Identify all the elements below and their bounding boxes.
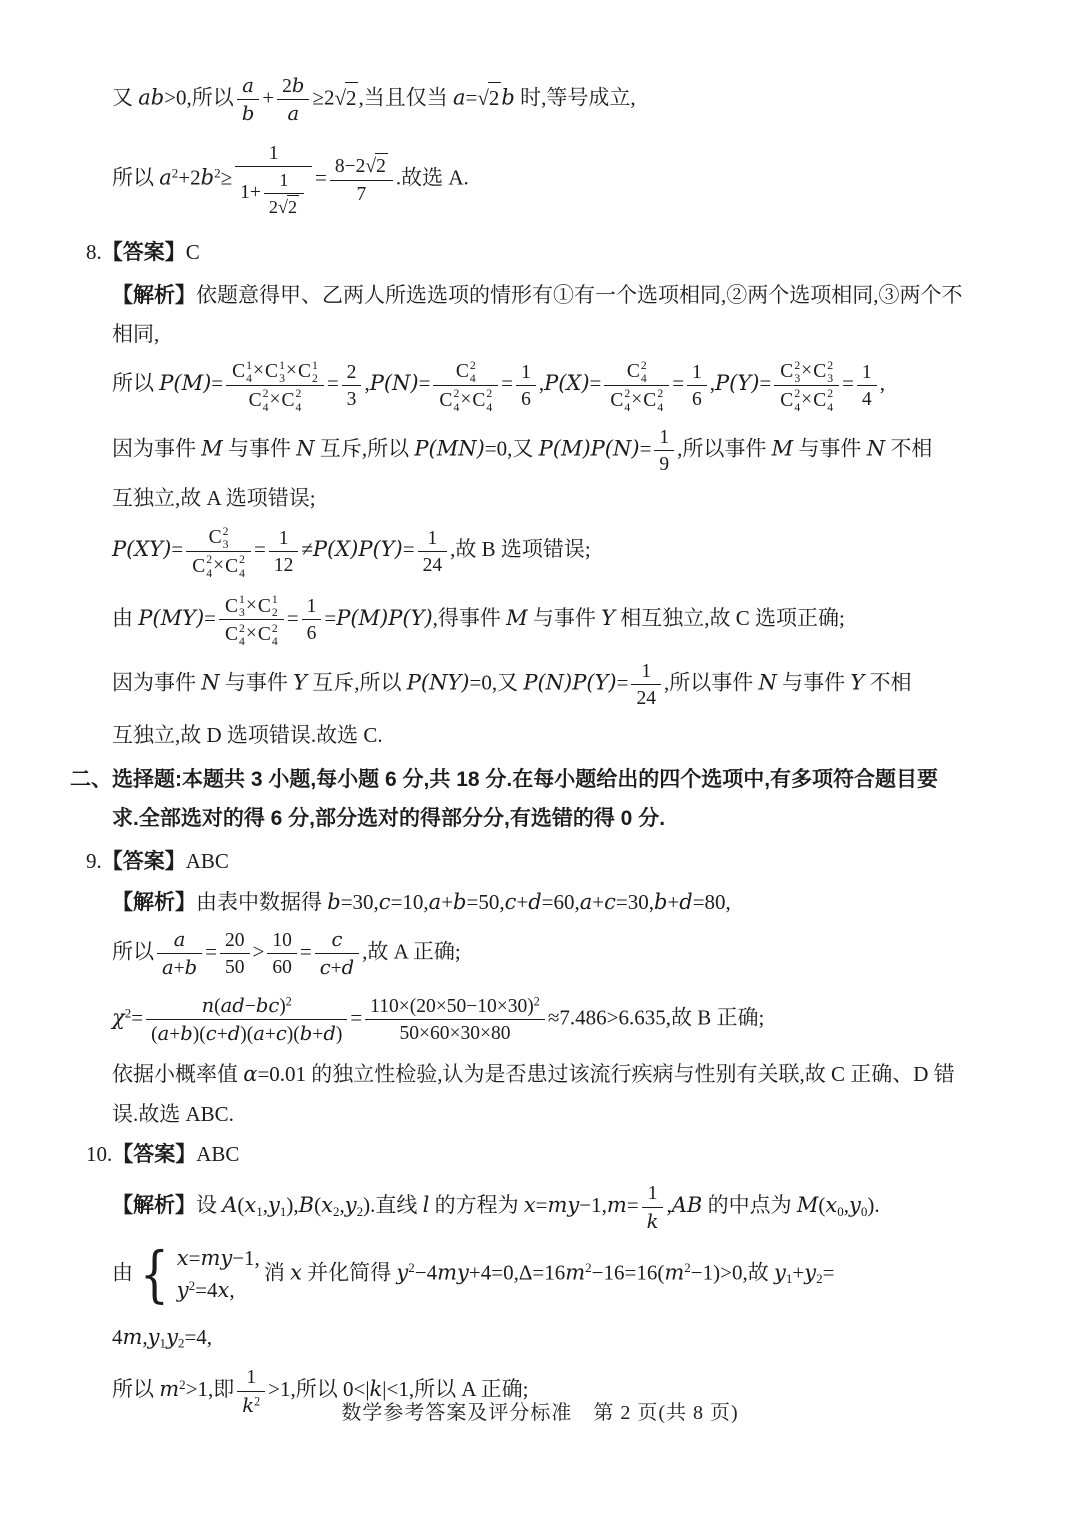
text-run: = <box>189 1246 201 1270</box>
text-run: ,所以事件 <box>677 436 772 460</box>
text-run: = <box>419 371 431 395</box>
combination-base: C <box>249 388 262 413</box>
fraction: 16 <box>516 359 536 413</box>
numerator: 1 <box>642 1180 664 1207</box>
q8-analysis-line-5: 互独立,故 A 选项错误; <box>0 483 1024 513</box>
text-run: = <box>672 371 684 395</box>
math-variable: d <box>342 956 355 979</box>
combination-base: C <box>192 554 205 579</box>
math-variable: x <box>217 1278 229 1302</box>
radicand: 2 <box>488 82 502 113</box>
text-run: × <box>213 555 224 576</box>
math-variable: y <box>774 1260 786 1284</box>
math-variable: m <box>664 1260 684 1284</box>
text-run: × <box>801 389 812 410</box>
math-variable: b <box>201 165 214 189</box>
text-run: 1 <box>246 1367 256 1388</box>
q10-analysis-line-1: 【解析】设 A(x1,y1),B(x2,y2).直线 l 的方程为 x=my−1… <box>0 1180 1024 1235</box>
numerator: C23 <box>186 523 251 552</box>
math-variable: ab <box>138 86 164 110</box>
text-run: ). <box>867 1194 879 1218</box>
upper-index: 2 <box>827 359 833 372</box>
math-variable: m <box>565 1260 585 1284</box>
binomial-coefficient: C24 <box>225 553 245 579</box>
radicand: 2 <box>375 153 388 179</box>
text-run: 依据小概率值 <box>112 1062 243 1086</box>
text-run: 50×60×30×80 <box>399 1023 510 1044</box>
square-root: √2 <box>477 82 501 113</box>
denominator: 9 <box>654 451 674 477</box>
text-run: 7 <box>357 184 367 205</box>
math-variable: y <box>166 1325 178 1349</box>
text-run: = <box>501 371 513 395</box>
math-variable: b <box>242 102 255 125</box>
q9-analysis-line-3: χ2=n(ad−bc)2(a+b)(c+d)(a+c)(b+d)=110×(20… <box>0 992 1024 1048</box>
text-run: 3 <box>347 389 357 410</box>
combination-base: C <box>209 525 222 550</box>
text-run: 与事件 <box>777 671 851 695</box>
q8-answer: 8.【答案】C <box>0 237 1024 268</box>
text-run: 1 <box>641 661 651 682</box>
upper-index: 2 <box>206 553 212 566</box>
numerator: a <box>157 926 202 954</box>
text-run: 1 <box>279 170 288 190</box>
q8-analysis-line-8: 因为事件 N 与事件 Y 互斥,所以 P(NY)=0,又 P(N)P(Y)=12… <box>0 658 1024 712</box>
q10-answer: 10.【答案】ABC <box>0 1139 1024 1170</box>
q10-analysis-line-3: 4m,y1y2=4, <box>0 1322 1024 1352</box>
radicand: 2 <box>345 82 359 113</box>
combination-scripts: 24 <box>624 387 630 413</box>
text-run: =50, <box>466 890 504 914</box>
text-run: 误.故选 ABC. <box>112 1102 234 1126</box>
text-run: +4=0,Δ=16 <box>469 1260 565 1284</box>
binomial-coefficient: C12 <box>258 593 278 619</box>
text-run: 2 <box>489 86 500 110</box>
text-run: 消 <box>264 1260 290 1284</box>
numerator: c <box>315 926 359 954</box>
combination-base: C <box>456 359 469 384</box>
math-variable: b <box>501 86 514 110</box>
denominator: 24 <box>418 552 448 578</box>
math-variable: c <box>505 890 517 914</box>
equation-system-brace: {x=my−1,y2=4x, <box>135 1243 260 1306</box>
math-variable: a <box>287 102 299 125</box>
math-variable: b <box>300 1022 313 1045</box>
math-variable: B <box>299 1194 314 1218</box>
text-run: 2 <box>346 86 357 110</box>
lower-index: 4 <box>794 401 800 414</box>
denominator: 50×60×30×80 <box>365 1020 545 1046</box>
numerator: 1 <box>654 424 674 451</box>
combination-scripts: 13 <box>279 359 285 385</box>
text-run: 2 <box>269 197 278 217</box>
fraction: 124 <box>418 525 448 579</box>
text-run: 2 <box>376 156 386 177</box>
binomial-coefficient: C24 <box>258 622 278 648</box>
text-run: 1 <box>862 362 872 383</box>
math-variable: y <box>148 1325 160 1349</box>
math-variable: ad <box>221 994 245 1017</box>
combination-scripts: 24 <box>470 359 476 385</box>
combination-scripts: 24 <box>486 387 492 413</box>
text-run: 10. <box>86 1142 112 1166</box>
math-variable: b <box>327 890 340 914</box>
text-run: = <box>466 86 478 110</box>
text-run: ,故 A 正确; <box>362 939 461 963</box>
math-variable: x <box>177 1246 189 1270</box>
numerator: 110×(20×50−10×30)2 <box>365 993 545 1020</box>
numerator: n(ad−bc)2 <box>146 992 347 1020</box>
denominator: k <box>642 1208 664 1235</box>
binomial-coefficient: C24 <box>813 387 833 413</box>
denominator: 4 <box>857 386 877 412</box>
math-variable: P(X)P(Y) <box>313 537 403 561</box>
text-run: = <box>300 939 312 963</box>
math-variable: d <box>228 1022 241 1045</box>
q7-solution-line-2: 所以 a2+2b2≥11+12√2=8−2√27.故选 A. <box>0 140 1024 220</box>
square-root: √2 <box>365 153 387 179</box>
text-run: 相同, <box>112 322 159 346</box>
text-run: ≈7.486>6.635,故 B 正确; <box>548 1005 764 1029</box>
numerator: 8−2√2 <box>330 152 393 180</box>
q8-analysis-line-7: 由 P(MY)=C13×C12C24×C24=16=P(M)P(Y),得事件 M… <box>0 592 1024 648</box>
text-run: ) <box>336 1024 343 1045</box>
text-run: 时,等号成立, <box>515 86 636 110</box>
text-run: × <box>253 360 264 381</box>
denominator: 24 <box>631 685 661 711</box>
fraction: 14 <box>857 359 877 413</box>
lower-index: 2 <box>312 372 318 385</box>
binomial-coefficient: C24 <box>627 359 647 385</box>
math-variable: P(M)P(Y) <box>336 606 432 630</box>
upper-index: 1 <box>272 593 278 606</box>
text-run: 1 <box>427 528 437 549</box>
q8-analysis-line-4: 因为事件 M 与事件 N 互斥,所以 P(MN)=0,又 P(M)P(N)=19… <box>0 424 1024 478</box>
math-variable: b <box>654 890 667 914</box>
math-variable: my <box>548 1194 580 1218</box>
math-variable: d <box>679 890 692 914</box>
math-variable: c <box>331 928 342 951</box>
text-run: 的中点为 <box>702 1194 797 1218</box>
text-run: = <box>315 165 327 189</box>
math-variable: AB <box>672 1194 703 1218</box>
numerator: 1 <box>302 593 322 620</box>
q9-analysis-line-2: 所以aa+b=2050>1060=cc+d,故 A 正确; <box>0 926 1024 982</box>
bold-label: 求.全部选对的得 6 分,部分选对的得部分分,有选错的得 0 分. <box>112 807 665 830</box>
math-variable: a <box>453 86 466 110</box>
numerator: 1 <box>235 140 312 167</box>
numerator: 2b <box>277 72 309 100</box>
numerator: a <box>237 72 260 100</box>
text-run: 不相 <box>864 671 911 695</box>
math-variable: d <box>323 1022 336 1045</box>
combination-base: C <box>610 388 623 413</box>
text-run: ).直线 <box>363 1194 423 1218</box>
left-brace: { <box>140 1246 169 1304</box>
combination-scripts: 24 <box>641 359 647 385</box>
binomial-coefficient: C24 <box>192 553 212 579</box>
text-run: = <box>640 436 652 460</box>
combination-scripts: 14 <box>246 359 252 385</box>
combination-scripts: 24 <box>453 387 459 413</box>
text-run: = <box>205 939 217 963</box>
fraction: 8−2√27 <box>330 152 393 207</box>
q9-answer: 9.【答案】ABC <box>0 846 1024 877</box>
combination-base: C <box>780 388 793 413</box>
combination-scripts: 23 <box>827 359 833 385</box>
content: 又 ab>0,所以ab+2ba≥2√2,当且仅当 a=√2b 时,等号成立,所以… <box>0 0 1080 1419</box>
text-run: × <box>631 389 642 410</box>
lower-index: 4 <box>263 401 269 414</box>
text-run: 1 <box>659 427 669 448</box>
text-run: 互独立,故 D 选项错误.故选 C. <box>112 723 383 747</box>
text-run: 2 <box>288 197 297 217</box>
text-run: = <box>590 371 602 395</box>
q9-analysis-line-5: 误.故选 ABC. <box>0 1099 1024 1129</box>
numerator: 1 <box>237 1364 265 1391</box>
text-run: + <box>169 1024 180 1045</box>
text-run: + <box>312 1024 323 1045</box>
text-run: 110×(20×50−10×30) <box>370 996 534 1017</box>
math-variable: Y <box>850 671 864 695</box>
math-variable: c <box>379 890 391 914</box>
q8-analysis-line-6: P(XY)=C23C24×C24=112≠P(X)P(Y)=124,故 B 选项… <box>0 523 1024 579</box>
binomial-coefficient: C24 <box>456 359 476 385</box>
text-run: −16=16( <box>592 1260 665 1284</box>
math-variable: M <box>201 436 223 460</box>
numerator: C13×C12 <box>219 592 284 621</box>
math-variable: M <box>772 436 794 460</box>
system-row: y2=4x, <box>177 1275 260 1307</box>
denominator: c+d <box>315 954 359 981</box>
text-run: 的方程为 <box>429 1194 524 1218</box>
denominator: C24×C24 <box>186 552 251 580</box>
numerator: 10 <box>267 927 297 954</box>
fraction: 2ba <box>277 72 309 128</box>
fraction: 23 <box>342 359 362 413</box>
text-run: 2 <box>347 362 357 383</box>
q8-analysis-line-2: 相同, <box>0 319 1024 349</box>
fraction: C23C24×C24 <box>186 523 251 579</box>
text-run: + <box>262 86 274 110</box>
denominator: C24×C24 <box>226 386 324 414</box>
math-variable: P(XY) <box>112 537 171 561</box>
text-run: .故选 A. <box>396 165 469 189</box>
combination-scripts: 24 <box>263 387 269 413</box>
combination-base: C <box>643 388 656 413</box>
fraction: 19 <box>654 424 674 478</box>
binomial-coefficient: C24 <box>225 622 245 648</box>
math-variable: x <box>290 1260 302 1284</box>
superscript: 2 <box>286 994 292 1008</box>
math-variable: P(MN) <box>414 436 484 460</box>
text-run: 9. <box>86 849 102 873</box>
numerator: 1 <box>687 359 707 386</box>
text-run: 与事件 <box>220 671 294 695</box>
text-run: + <box>174 958 185 979</box>
math-variable: a <box>429 890 442 914</box>
text-run: 与事件 <box>793 436 867 460</box>
text-run: × <box>246 623 257 644</box>
combination-scripts: 12 <box>312 359 318 385</box>
combination-base: C <box>225 594 238 619</box>
math-variable: P(N)P(Y) <box>523 671 616 695</box>
square-root: √2 <box>278 195 299 220</box>
lower-index: 3 <box>794 372 800 385</box>
math-variable: c <box>276 1022 287 1045</box>
text-run: ABC <box>196 1142 239 1166</box>
binomial-coefficient: C24 <box>439 387 459 413</box>
text-run: −1)>0,故 <box>691 1260 774 1284</box>
upper-index: 2 <box>239 622 245 635</box>
math-variable: Y <box>601 606 615 630</box>
bold-label: 二、选择题:本题共 3 小题,每小题 6 分,共 18 分.在每小题给出的四个选… <box>70 768 938 791</box>
upper-index: 1 <box>279 359 285 372</box>
text-run: 1 <box>307 596 317 617</box>
radicand: 2 <box>287 195 299 220</box>
math-variable: x <box>524 1194 536 1218</box>
text-run: −4 <box>415 1260 437 1284</box>
denominator: C24×C24 <box>433 386 498 414</box>
text-run: 并化简得 <box>302 1260 397 1284</box>
superscript: 2 <box>534 994 540 1008</box>
binomial-coefficient: C13 <box>225 593 245 619</box>
math-variable: a <box>158 1022 170 1045</box>
math-variable: c <box>604 890 616 914</box>
text-run: = <box>759 371 771 395</box>
upper-index: 2 <box>296 387 302 400</box>
text-run: = <box>403 537 415 561</box>
math-variable: M <box>797 1194 819 1218</box>
math-variable: a <box>253 1022 265 1045</box>
text-run: 60 <box>272 957 292 978</box>
denominator: C24×C24 <box>219 620 284 648</box>
text-run: × <box>460 389 471 410</box>
math-variable: y <box>268 1194 280 1218</box>
lower-index: 4 <box>657 401 663 414</box>
denominator: 12 <box>269 552 299 578</box>
text-run: 1 <box>521 362 531 383</box>
math-variable: P(M) <box>159 371 211 395</box>
math-variable: y <box>396 1260 408 1284</box>
fraction: 16 <box>687 359 707 413</box>
math-variable: b <box>292 74 305 97</box>
lower-index: 4 <box>206 567 212 580</box>
fraction: 1k <box>642 1180 664 1235</box>
combination-base: C <box>258 622 271 647</box>
lower-index: 4 <box>827 401 833 414</box>
text-run: = <box>204 606 216 630</box>
text-run: = <box>131 1005 143 1029</box>
binomial-coefficient: C24 <box>281 387 301 413</box>
q8-analysis-line-3: 所以 P(M)=C14×C13×C12C24×C24=23,P(N)=C24C2… <box>0 357 1024 413</box>
math-variable: P(NY) <box>407 671 470 695</box>
text-run: ,当且仅当 <box>358 86 453 110</box>
upper-index: 2 <box>470 359 476 372</box>
lower-index: 3 <box>279 372 285 385</box>
text-run: 8−2 <box>335 156 366 177</box>
text-run: 20 <box>225 930 245 951</box>
text-run: ,故 B 选项错误; <box>450 537 591 561</box>
bold-label: 【答案】 <box>102 850 186 873</box>
text-run: + <box>667 890 679 914</box>
math-variable: x <box>244 1194 256 1218</box>
text-run: 6 <box>521 389 531 410</box>
combination-base: C <box>813 359 826 384</box>
numerator: 1 <box>269 525 299 552</box>
math-variable: b <box>185 956 198 979</box>
lower-index: 4 <box>239 567 245 580</box>
text-run: + <box>331 958 342 979</box>
denominator: b <box>237 100 260 127</box>
upper-index: 2 <box>263 387 269 400</box>
combination-base: C <box>439 388 452 413</box>
denominator: 6 <box>516 386 536 412</box>
text-run: × <box>801 360 812 381</box>
combination-base: C <box>298 359 311 384</box>
numerator: 2 <box>342 359 362 386</box>
text-run: =0,又 <box>485 436 539 460</box>
text-run: > <box>253 939 265 963</box>
lower-index: 2 <box>272 606 278 619</box>
text-run: )( <box>193 1024 206 1045</box>
text-run: + <box>792 1260 804 1284</box>
denominator: 50 <box>220 954 250 980</box>
math-variable: d <box>528 890 541 914</box>
fraction: 124 <box>631 658 661 712</box>
text-run: 所以 <box>112 165 159 189</box>
lower-index: 3 <box>223 538 229 551</box>
numerator: C24 <box>433 357 498 386</box>
q8-analysis-line-9: 互独立,故 D 选项错误.故选 C. <box>0 720 1024 750</box>
upper-index: 2 <box>453 387 459 400</box>
text-run: ), <box>286 1194 298 1218</box>
text-run: 10 <box>272 930 292 951</box>
math-variable: bc <box>256 994 279 1017</box>
denominator: C24×C24 <box>774 386 839 414</box>
fraction: C14×C13×C12C24×C24 <box>226 357 324 413</box>
text-run: 50 <box>225 957 245 978</box>
math-variable: my <box>437 1260 469 1284</box>
text-run: = <box>254 537 266 561</box>
denominator: 2√2 <box>264 194 304 220</box>
text-run: =0,又 <box>470 671 524 695</box>
math-variable: b <box>180 1022 193 1045</box>
lower-index: 4 <box>296 401 302 414</box>
math-variable: x <box>321 1194 333 1218</box>
combination-scripts: 24 <box>657 387 663 413</box>
text-run: 2 <box>282 76 292 97</box>
lower-index: 4 <box>624 401 630 414</box>
lower-index: 3 <box>827 372 833 385</box>
fraction: cc+d <box>315 926 359 982</box>
text-run: 24 <box>636 688 656 709</box>
lower-index: 4 <box>486 401 492 414</box>
text-run: =30, <box>341 890 379 914</box>
numerator: 1 <box>418 525 448 552</box>
math-variable: y <box>177 1278 189 1302</box>
text-run: >0,所以 <box>164 86 234 110</box>
text-run: 1 <box>648 1183 658 1204</box>
text-run: 由表中数据得 <box>196 890 327 914</box>
numerator: 20 <box>220 927 250 954</box>
math-variable: a <box>580 890 593 914</box>
upper-index: 2 <box>794 387 800 400</box>
answer-key-page: 又 ab>0,所以ab+2ba≥2√2,当且仅当 a=√2b 时,等号成立,所以… <box>0 0 1080 1518</box>
lower-index: 4 <box>641 372 647 385</box>
text-run: =30, <box>616 890 654 914</box>
text-run: ≠ <box>301 537 313 561</box>
